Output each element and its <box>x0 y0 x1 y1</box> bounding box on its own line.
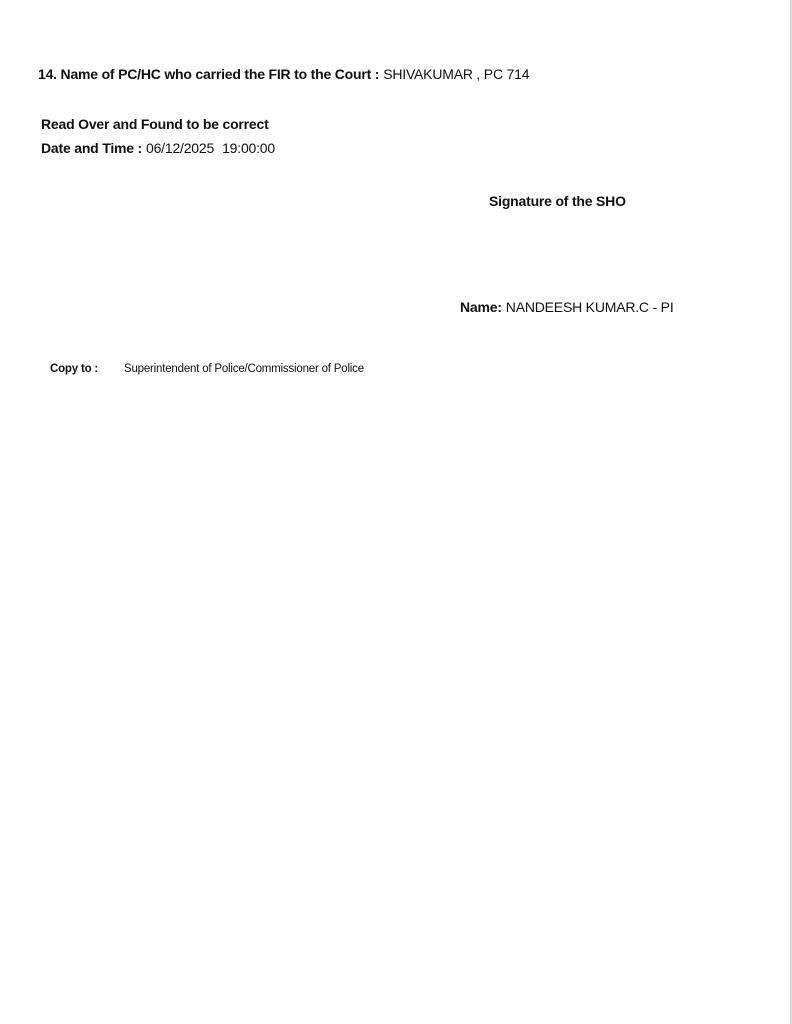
copy-to-label: Copy to : <box>50 363 98 375</box>
document-page: 14. Name of PC/HC who carried the FIR to… <box>0 0 790 1024</box>
time-value: 19:00:00 <box>222 140 275 156</box>
sho-name-value: NANDEESH KUMAR.C - PI <box>506 299 674 315</box>
date-time-label: Date and Time : <box>41 140 142 156</box>
fir-carrier-value: SHIVAKUMAR , PC 714 <box>383 66 529 82</box>
sho-name-line: Name:NANDEESH KUMAR.C - PI <box>460 299 674 315</box>
date-time-line: Date and Time :06/12/202519:00:00 <box>41 140 275 156</box>
sho-name-label: Name: <box>460 299 502 315</box>
copy-to-value: Superintendent of Police/Commissioner of… <box>124 363 364 375</box>
read-over-statement: Read Over and Found to be correct <box>41 116 269 132</box>
date-value: 06/12/2025 <box>146 140 214 156</box>
fir-carrier-line: 14. Name of PC/HC who carried the FIR to… <box>38 66 529 82</box>
fir-carrier-label: 14. Name of PC/HC who carried the FIR to… <box>38 66 379 82</box>
signature-label: Signature of the SHO <box>489 193 626 209</box>
